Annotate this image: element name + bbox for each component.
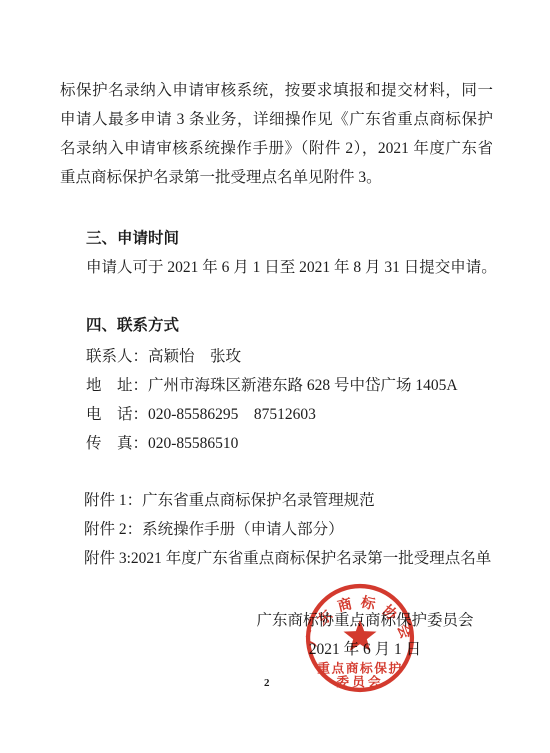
contact-address-line: 地 址：广州市海珠区新港东路 628 号中岱广场 1405A bbox=[86, 371, 526, 400]
section-application-time-heading: 三、申请时间 bbox=[86, 224, 179, 253]
document-page: 标保护名录纳入申请审核系统，按要求填报和提交材料，同一申请人最多申请 3 条业务… bbox=[0, 0, 550, 753]
signature-date: 2021 年 6 月 1 日 bbox=[253, 635, 477, 664]
attachment-3-line: 附件 3:2021 年度广东省重点商标保护名录第一批受理点名单 bbox=[84, 544, 534, 573]
attachment-1-line: 附件 1：广东省重点商标保护名录管理规范 bbox=[84, 486, 534, 515]
page-number: 2 bbox=[264, 676, 270, 690]
section-contact-heading: 四、联系方式 bbox=[86, 311, 179, 340]
contact-info-list: 联系人：高颖怡 张玫 地 址：广州市海珠区新港东路 628 号中岱广场 1405… bbox=[86, 342, 526, 458]
attachment-2-line: 附件 2：系统操作手册（申请人部分） bbox=[84, 515, 534, 544]
signature-block: 广东商标协重点商标保护委员会 2021 年 6 月 1 日 bbox=[253, 606, 477, 664]
contact-person-line: 联系人：高颖怡 张玫 bbox=[86, 342, 526, 371]
contact-fax-line: 传 真：020-85586510 bbox=[86, 429, 526, 458]
signature-organization: 广东商标协重点商标保护委员会 bbox=[253, 606, 477, 635]
paragraph-continuation: 标保护名录纳入申请审核系统，按要求填报和提交材料，同一申请人最多申请 3 条业务… bbox=[60, 76, 493, 192]
section-application-time-body: 申请人可于 2021 年 6 月 1 日至 2021 年 8 月 31 日提交申… bbox=[86, 253, 526, 282]
contact-phone-line: 电 话：020-85586295 87512603 bbox=[86, 400, 526, 429]
seal-center-line2: 委员会 bbox=[336, 674, 383, 689]
attachment-list: 附件 1：广东省重点商标保护名录管理规范 附件 2：系统操作手册（申请人部分） … bbox=[84, 486, 534, 573]
